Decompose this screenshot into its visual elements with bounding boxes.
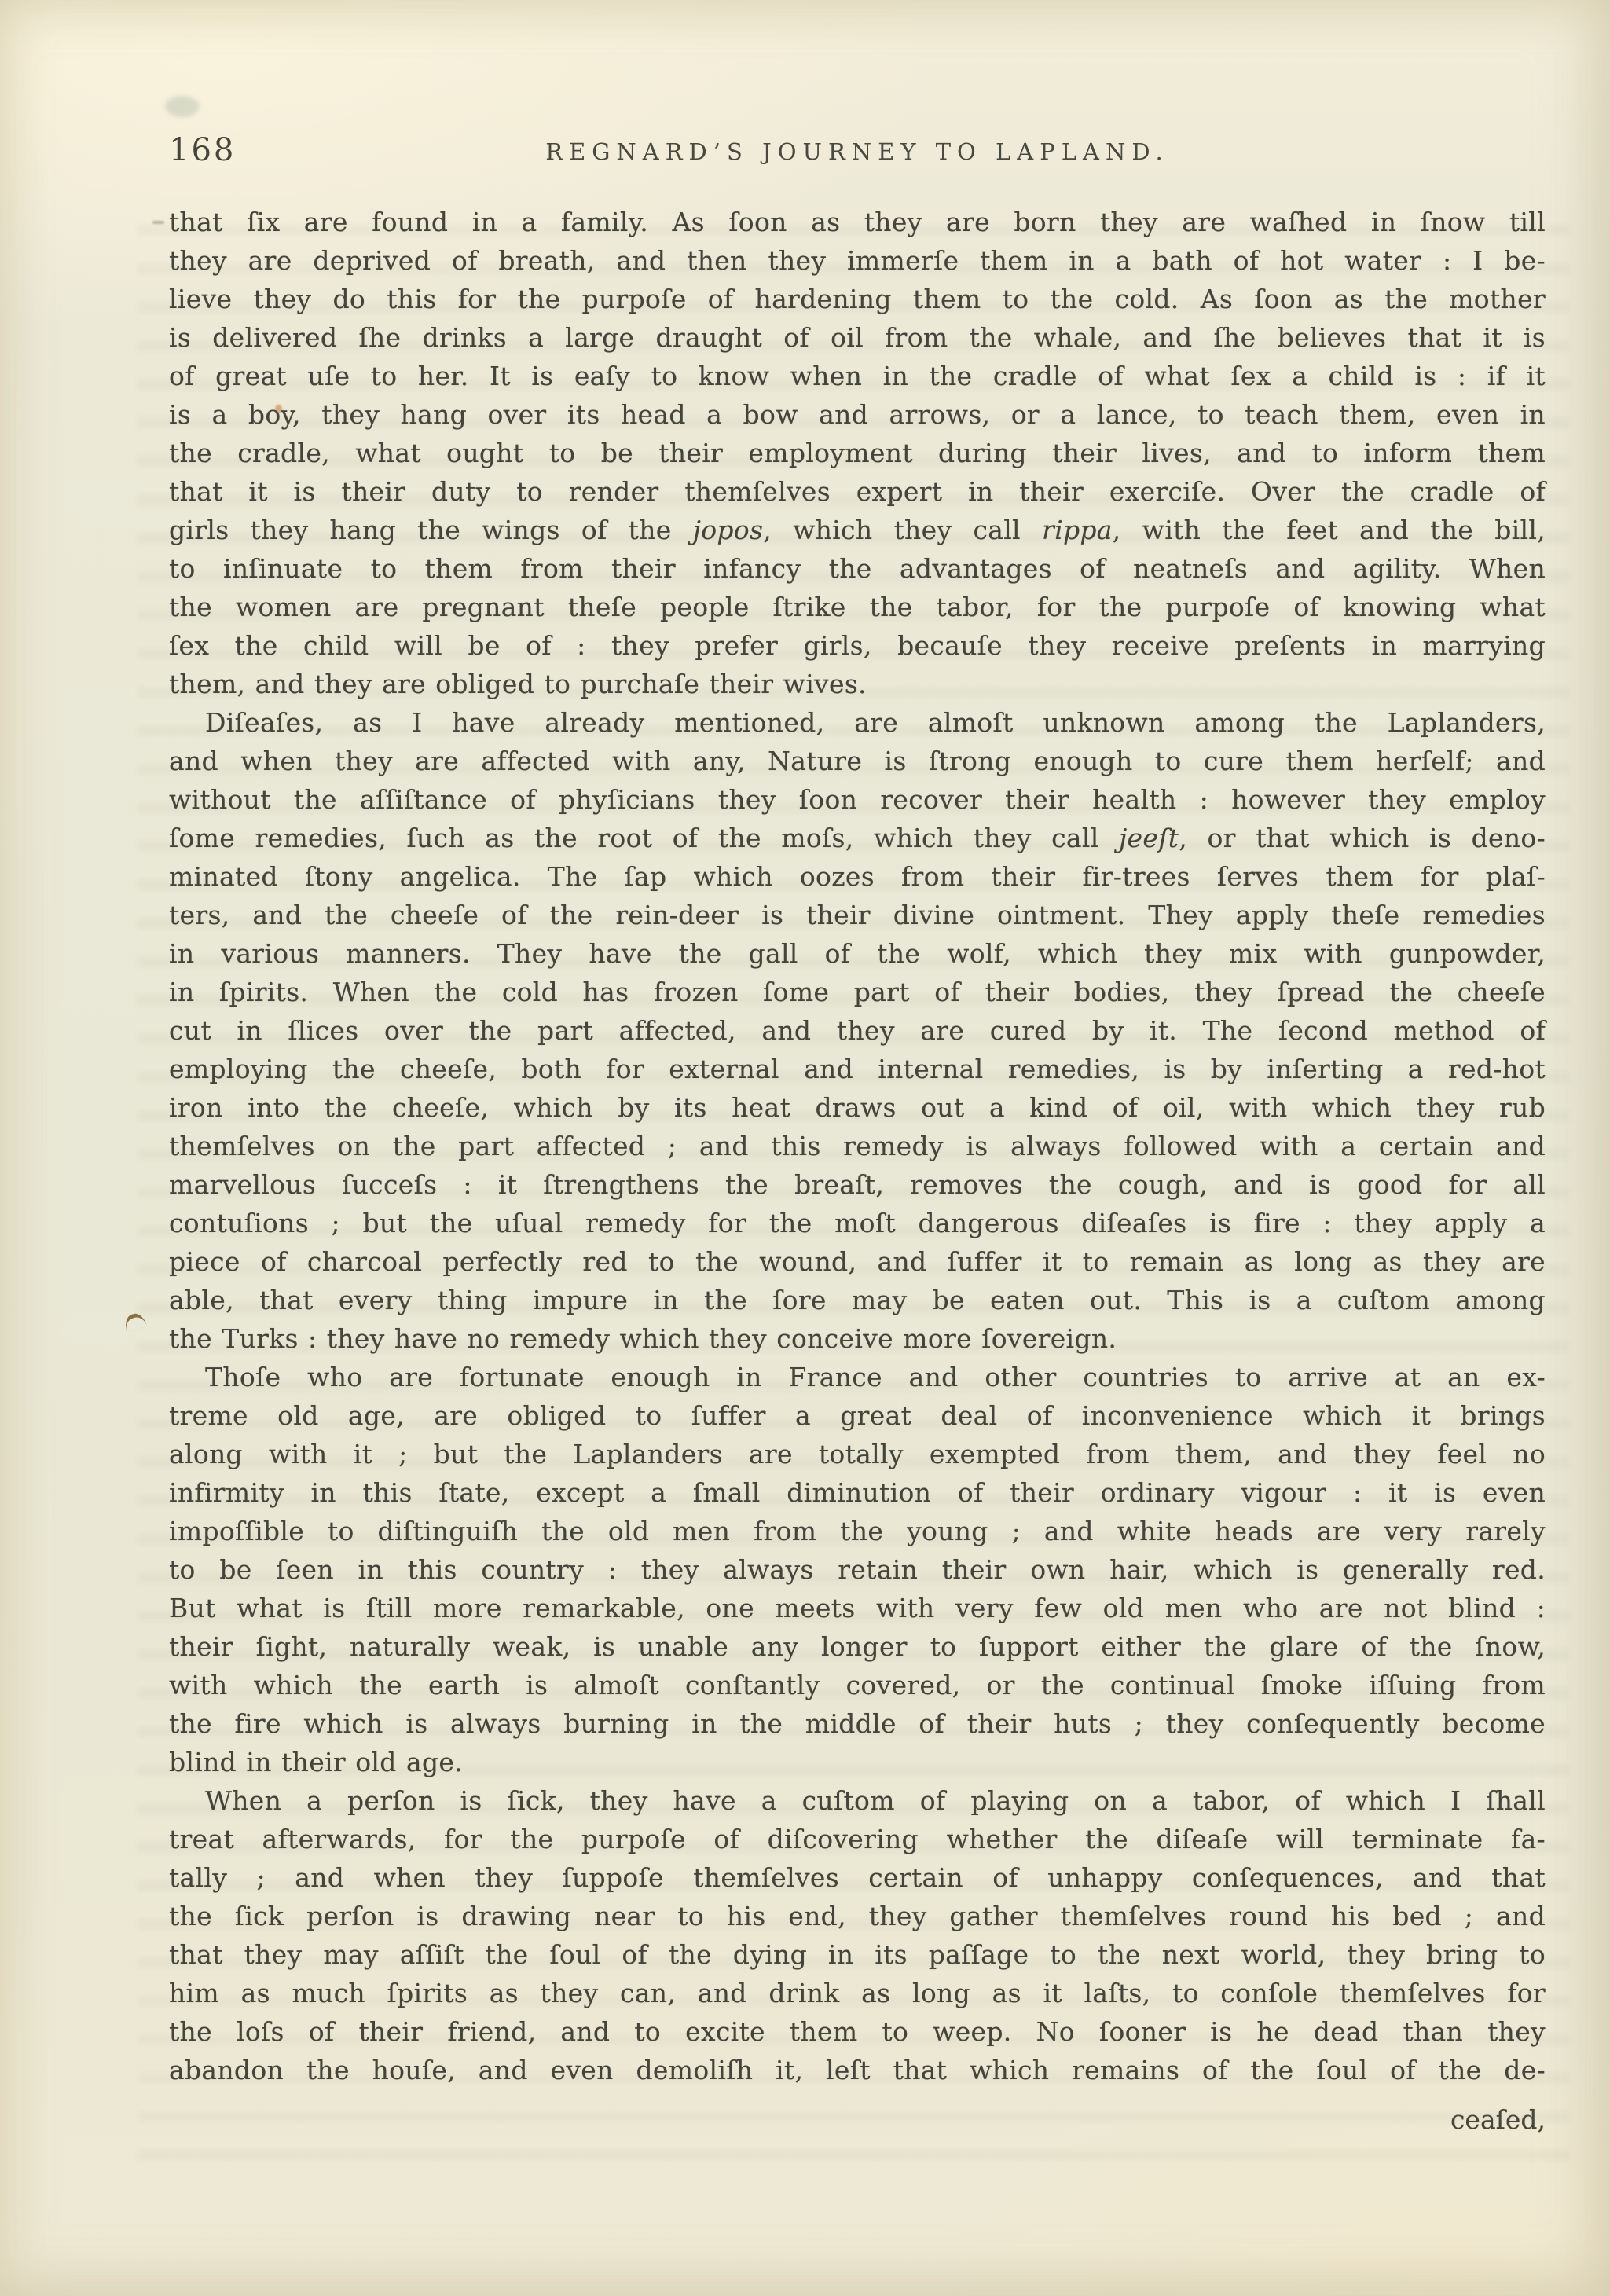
text-line: marvellous ſucceſs : it ſtrengthens the … xyxy=(169,1165,1546,1204)
text-segment: in various manners. They have the gall o… xyxy=(169,938,1546,969)
text-segment: that ſix are found in a family. As ſoon … xyxy=(169,207,1546,237)
text-segment: the ſick perſon is drawing near to his e… xyxy=(169,1901,1546,1931)
text-line: is a boy, they hang over its head a bow … xyxy=(169,395,1546,434)
text-line: them, and they are obliged to purchaſe t… xyxy=(169,665,1546,703)
text-line: treat afterwards, for the purpoſe of diſ… xyxy=(169,1820,1546,1858)
text-line: with which the earth is almoſt conſtantl… xyxy=(169,1666,1546,1704)
text-segment: treat afterwards, for the purpoſe of diſ… xyxy=(169,1824,1546,1854)
text-line: able, that every thing impure in the ſor… xyxy=(169,1281,1546,1319)
text-segment: that it is their duty to render themſelv… xyxy=(169,476,1546,507)
text-segment: lieve they do this for the purpoſe of ha… xyxy=(169,284,1546,314)
text-line: Thoſe who are fortunate enough in France… xyxy=(169,1358,1546,1396)
text-segment: piece of charcoal perfectly red to the w… xyxy=(169,1246,1546,1277)
text-line: ſome remedies, ſuch as the root of the m… xyxy=(169,819,1546,857)
text-line: employing the cheeſe, both for external … xyxy=(169,1050,1546,1088)
text-line: lieve they do this for the purpoſe of ha… xyxy=(169,280,1546,318)
text-line: is delivered ſhe drinks a large draught … xyxy=(169,318,1546,357)
text-segment: they are deprived of breath, and then th… xyxy=(169,245,1546,276)
text-line: ſex the child will be of : they prefer g… xyxy=(169,626,1546,665)
text-segment: the cradle, what ought to be their emplo… xyxy=(169,438,1546,468)
scan-speck xyxy=(165,96,200,117)
text-line: that it is their duty to render themſelv… xyxy=(169,472,1546,511)
paragraph: When a perſon is ſick, they have a cuſto… xyxy=(169,1781,1546,2089)
text-segment: and when they are affected with any, Nat… xyxy=(169,746,1546,776)
text-line: Diſeaſes, as I have already mentioned, a… xyxy=(169,703,1546,742)
paragraph: that ſix are found in a family. As ſoon … xyxy=(169,203,1546,703)
text-segment: the fire which is always burning in the … xyxy=(169,1708,1546,1739)
text-segment: employing the cheeſe, both for external … xyxy=(169,1054,1546,1084)
text-segment: iron into the cheeſe, which by its heat … xyxy=(169,1092,1546,1123)
text-line: minated ſtony angelica. The ſap which oo… xyxy=(169,857,1546,896)
text-segment: , which they call xyxy=(763,515,1042,545)
italic-term: jeeſt xyxy=(1119,823,1179,853)
text-segment: treme old age, are obliged to ſuffer a g… xyxy=(169,1400,1546,1431)
text-segment: infirmity in this ſtate, except a ſmall … xyxy=(169,1477,1546,1508)
text-segment: able, that every thing impure in the ſor… xyxy=(169,1285,1546,1315)
book-page: 168 REGNARD’S JOURNEY TO LAPLAND. that ſ… xyxy=(0,0,1610,2296)
text-segment: them, and they are obliged to purchaſe t… xyxy=(169,669,867,699)
text-line: the fire which is always burning in the … xyxy=(169,1704,1546,1743)
text-line: their ſight, naturally weak, is unable a… xyxy=(169,1627,1546,1666)
italic-term: rippa xyxy=(1042,515,1113,545)
text-segment: that they may aſſiſt the ſoul of the dyi… xyxy=(169,1939,1546,1970)
text-segment: girls they hang the wings of the xyxy=(169,515,693,545)
text-segment: marvellous ſucceſs : it ſtrengthens the … xyxy=(169,1169,1546,1200)
text-line: him as much ſpirits as they can, and dri… xyxy=(169,1974,1546,2012)
text-line: the Turks : they have no remedy which th… xyxy=(169,1319,1546,1358)
text-line: that they may aſſiſt the ſoul of the dyi… xyxy=(169,1935,1546,1974)
text-line: treme old age, are obliged to ſuffer a g… xyxy=(169,1396,1546,1435)
text-segment: impoſſible to diſtinguiſh the old men fr… xyxy=(169,1516,1546,1546)
text-segment: minated ſtony angelica. The ſap which oo… xyxy=(169,861,1546,892)
text-line: When a perſon is ſick, they have a cuſto… xyxy=(169,1781,1546,1820)
text-segment: cut in ſlices over the part affected, an… xyxy=(169,1015,1546,1046)
catchword: ceaſed, xyxy=(1450,2104,1546,2135)
text-line: that ſix are found in a family. As ſoon … xyxy=(169,203,1546,241)
paragraph: Thoſe who are fortunate enough in France… xyxy=(169,1358,1546,1781)
pen-fleck-mark xyxy=(123,1311,147,1333)
text-line: without the aſſiſtance of phyſicians the… xyxy=(169,780,1546,819)
text-line: they are deprived of breath, and then th… xyxy=(169,241,1546,280)
text-line: ters, and the cheeſe of the rein-deer is… xyxy=(169,896,1546,934)
text-line: But what is ſtill more remarkable, one m… xyxy=(169,1589,1546,1627)
text-segment: tally ; and when they ſuppoſe themſelves… xyxy=(169,1862,1546,1893)
text-segment: to be ſeen in this country : they always… xyxy=(169,1554,1546,1585)
text-segment: without the aſſiſtance of phyſicians the… xyxy=(169,784,1546,815)
text-line: tally ; and when they ſuppoſe themſelves… xyxy=(169,1858,1546,1897)
running-head: REGNARD’S JOURNEY TO LAPLAND. xyxy=(169,138,1546,165)
text-line: in ſpirits. When the cold has frozen ſom… xyxy=(169,973,1546,1011)
text-segment: Diſeaſes, as I have already mentioned, a… xyxy=(205,707,1546,738)
text-segment: ſex the child will be of : they prefer g… xyxy=(169,630,1546,661)
paragraph: Diſeaſes, as I have already mentioned, a… xyxy=(169,703,1546,1358)
text-segment: abandon the houſe, and even demoliſh it,… xyxy=(169,2055,1546,2085)
text-segment: is delivered ſhe drinks a large draught … xyxy=(169,322,1546,353)
margin-dash-mark xyxy=(152,221,164,224)
text-line: iron into the cheeſe, which by its heat … xyxy=(169,1088,1546,1127)
text-line: the loſs of their friend, and to excite … xyxy=(169,2012,1546,2051)
italic-term: jopos xyxy=(693,515,764,545)
text-line: infirmity in this ſtate, except a ſmall … xyxy=(169,1473,1546,1512)
text-line: the ſick perſon is drawing near to his e… xyxy=(169,1897,1546,1935)
text-line: piece of charcoal perfectly red to the w… xyxy=(169,1242,1546,1281)
text-line: cut in ſlices over the part affected, an… xyxy=(169,1011,1546,1050)
text-segment: of great uſe to her. It is eaſy to know … xyxy=(169,361,1546,391)
text-line: the cradle, what ought to be their emplo… xyxy=(169,434,1546,472)
text-line: to be ſeen in this country : they always… xyxy=(169,1550,1546,1589)
text-segment: ſome remedies, ſuch as the root of the m… xyxy=(169,823,1119,853)
text-segment: ters, and the cheeſe of the rein-deer is… xyxy=(169,900,1546,930)
text-segment: , with the feet and the bill, xyxy=(1113,515,1546,545)
text-line: blind in their old age. xyxy=(169,1743,1546,1781)
text-segment: Thoſe who are fortunate enough in France… xyxy=(205,1362,1546,1392)
text-line: contuſions ; but the uſual remedy for th… xyxy=(169,1204,1546,1242)
text-segment: the women are pregnant theſe people ſtri… xyxy=(169,592,1546,622)
text-line: themſelves on the part affected ; and th… xyxy=(169,1127,1546,1165)
text-segment: the loſs of their friend, and to excite … xyxy=(169,2016,1546,2047)
text-segment: themſelves on the part affected ; and th… xyxy=(169,1131,1546,1161)
text-segment: blind in their old age. xyxy=(169,1747,463,1777)
text-segment: is a boy, they hang over its head a bow … xyxy=(169,399,1546,430)
text-block: that ſix are found in a family. As ſoon … xyxy=(169,203,1546,2139)
text-segment: with which the earth is almoſt conſtantl… xyxy=(169,1670,1546,1700)
text-segment: their ſight, naturally weak, is unable a… xyxy=(169,1631,1546,1662)
text-segment: When a perſon is ſick, they have a cuſto… xyxy=(205,1785,1546,1816)
text-segment: in ſpirits. When the cold has frozen ſom… xyxy=(169,977,1546,1007)
text-segment: contuſions ; but the uſual remedy for th… xyxy=(169,1208,1546,1238)
text-segment: along with it ; but the Laplanders are t… xyxy=(169,1439,1546,1469)
text-segment: him as much ſpirits as they can, and dri… xyxy=(169,1978,1546,2008)
text-line: abandon the houſe, and even demoliſh it,… xyxy=(169,2051,1546,2089)
text-segment: the Turks : they have no remedy which th… xyxy=(169,1323,1117,1354)
text-segment: But what is ſtill more remarkable, one m… xyxy=(169,1593,1546,1623)
text-line: and when they are affected with any, Nat… xyxy=(169,742,1546,780)
text-segment: to inſinuate to them from their infancy … xyxy=(169,553,1546,584)
text-line: impoſſible to diſtinguiſh the old men fr… xyxy=(169,1512,1546,1550)
catchword-row: ceaſed, xyxy=(169,2100,1546,2139)
text-line: in various manners. They have the gall o… xyxy=(169,934,1546,973)
text-line: of great uſe to her. It is eaſy to know … xyxy=(169,357,1546,395)
text-line: the women are pregnant theſe people ſtri… xyxy=(169,588,1546,626)
text-line: to inſinuate to them from their infancy … xyxy=(169,549,1546,588)
text-segment: , or that which is deno- xyxy=(1179,823,1546,853)
text-line: along with it ; but the Laplanders are t… xyxy=(169,1435,1546,1473)
text-line: girls they hang the wings of the jopos, … xyxy=(169,511,1546,549)
